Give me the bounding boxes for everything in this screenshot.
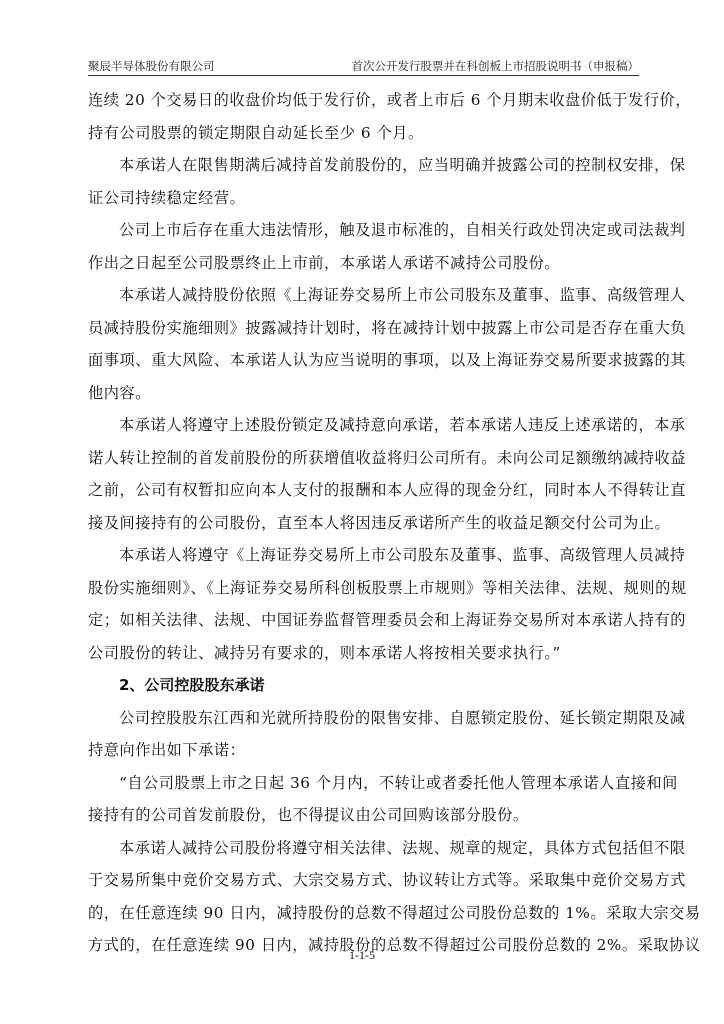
page-number: 1-1-5 — [0, 948, 724, 963]
text-line: 面事项、重大风险、本承诺人认为应当说明的事项，以及上海证券交易所要求披露的其 — [88, 344, 642, 377]
text-line: 本承诺人将遵守《上海证券交易所上市公司股东及董事、监事、高级管理人员减持 — [88, 539, 642, 572]
paragraph-reduction-methods: 本承诺人减持公司股份将遵守相关法律、法规、规章的规定，具体方式包括但不限 于交易… — [88, 832, 642, 962]
text-line: 股份实施细则》、《上海证券交易所科创板股票上市规则》等相关法律、法规、规则的规 — [88, 572, 642, 605]
paragraph-violation-consequence: 本承诺人将遵守上述股份锁定及减持意向承诺，若本承诺人违反上述承诺的，本承 诺人转… — [88, 409, 642, 539]
text-line: 公司控股股东江西和光就所持股份的限售安排、自愿锁定股份、延长锁定期限及减 — [88, 702, 642, 735]
text-line: 公司上市后存在重大违法情形，触及退市标准的，自相关行政处罚决定或司法裁判 — [88, 214, 642, 247]
paragraph-disclosure-rules: 本承诺人减持股份依照《上海证券交易所上市公司股东及董事、监事、高级管理人 员减持… — [88, 279, 642, 409]
paragraph-delisting: 公司上市后存在重大违法情形，触及退市标准的，自相关行政处罚决定或司法裁判 作出之… — [88, 214, 642, 279]
text-line: 作出之日起至公司股票终止上市前，本承诺人承诺不减持公司股份。 — [88, 247, 642, 280]
text-line: 本承诺人减持股份依照《上海证券交易所上市公司股东及董事、监事、高级管理人 — [88, 279, 642, 312]
text-line: 的，在任意连续 90 日内，减持股份的总数不得超过公司股份总数的 1%。采取大宗… — [88, 897, 642, 930]
paragraph-compliance: 本承诺人将遵守《上海证券交易所上市公司股东及董事、监事、高级管理人员减持 股份实… — [88, 539, 642, 669]
text-line: 接持有的公司首发前股份，也不得提议由公司回购该部分股份。 — [88, 799, 642, 832]
text-line: 本承诺人将遵守上述股份锁定及减持意向承诺，若本承诺人违反上述承诺的，本承 — [88, 409, 642, 442]
page-header: 聚辰半导体股份有限公司 首次公开发行股票并在科创板上市招股说明书（申报稿） — [88, 56, 639, 76]
text-line: “自公司股票上市之日起 36 个月内，不转让或者委托他人管理本承诺人直接和间 — [88, 767, 642, 800]
paragraph-lockup-extension: 连续 20 个交易日的收盘价均低于发行价，或者上市后 6 个月期末收盘价低于发行… — [88, 84, 642, 149]
text-line: 连续 20 个交易日的收盘价均低于发行价，或者上市后 6 个月期末收盘价低于发行… — [88, 84, 642, 117]
text-line: 持有公司股票的锁定期限自动延长至少 6 个月。 — [88, 117, 642, 150]
text-line: 公司股份的转让、减持另有要求的，则本承诺人将按相关要求执行。” — [88, 637, 642, 670]
text-line: 他内容。 — [88, 377, 642, 410]
paragraph-control-arrangement: 本承诺人在限售期满后减持首发前股份的，应当明确并披露公司的控制权安排，保 证公司… — [88, 149, 642, 214]
text-line: 接及间接持有的公司股份，直至本人将因违反承诺所产生的收益足额交付公司为止。 — [88, 507, 642, 540]
text-line: 本承诺人减持公司股份将遵守相关法律、法规、规章的规定，具体方式包括但不限 — [88, 832, 642, 865]
text-line: 员减持股份实施细则》披露减持计划时，将在减持计划中披露上市公司是否存在重大负 — [88, 312, 642, 345]
header-document-title: 首次公开发行股票并在科创板上市招股说明书（申报稿） — [352, 58, 640, 74]
paragraph-36-month-lockup: “自公司股票上市之日起 36 个月内，不转让或者委托他人管理本承诺人直接和间 接… — [88, 767, 642, 832]
paragraph-controlling-shareholder-intro: 公司控股股东江西和光就所持股份的限售安排、自愿锁定股份、延长锁定期限及减 持意向… — [88, 702, 642, 767]
header-company-name: 聚辰半导体股份有限公司 — [88, 58, 215, 74]
text-line: 之前，公司有权暂扣应向本人支付的报酬和本人应得的现金分红，同时本人不得转让直 — [88, 474, 642, 507]
section-heading: 2、公司控股股东承诺 — [88, 669, 642, 702]
text-line: 证公司持续稳定经营。 — [88, 182, 642, 215]
document-body: 连续 20 个交易日的收盘价均低于发行价，或者上市后 6 个月期末收盘价低于发行… — [88, 84, 642, 962]
text-line: 于交易所集中竞价交易方式、大宗交易方式、协议转让方式等。采取集中竞价交易方式 — [88, 864, 642, 897]
text-line: 本承诺人在限售期满后减持首发前股份的，应当明确并披露公司的控制权安排，保 — [88, 149, 642, 182]
text-line: 定；如相关法律、法规、中国证券监督管理委员会和上海证券交易所对本承诺人持有的 — [88, 604, 642, 637]
text-line: 诺人转让控制的首发前股份的所获增值收益将归公司所有。未向公司足额缴纳减持收益 — [88, 442, 642, 475]
text-line: 持意向作出如下承诺： — [88, 734, 642, 767]
